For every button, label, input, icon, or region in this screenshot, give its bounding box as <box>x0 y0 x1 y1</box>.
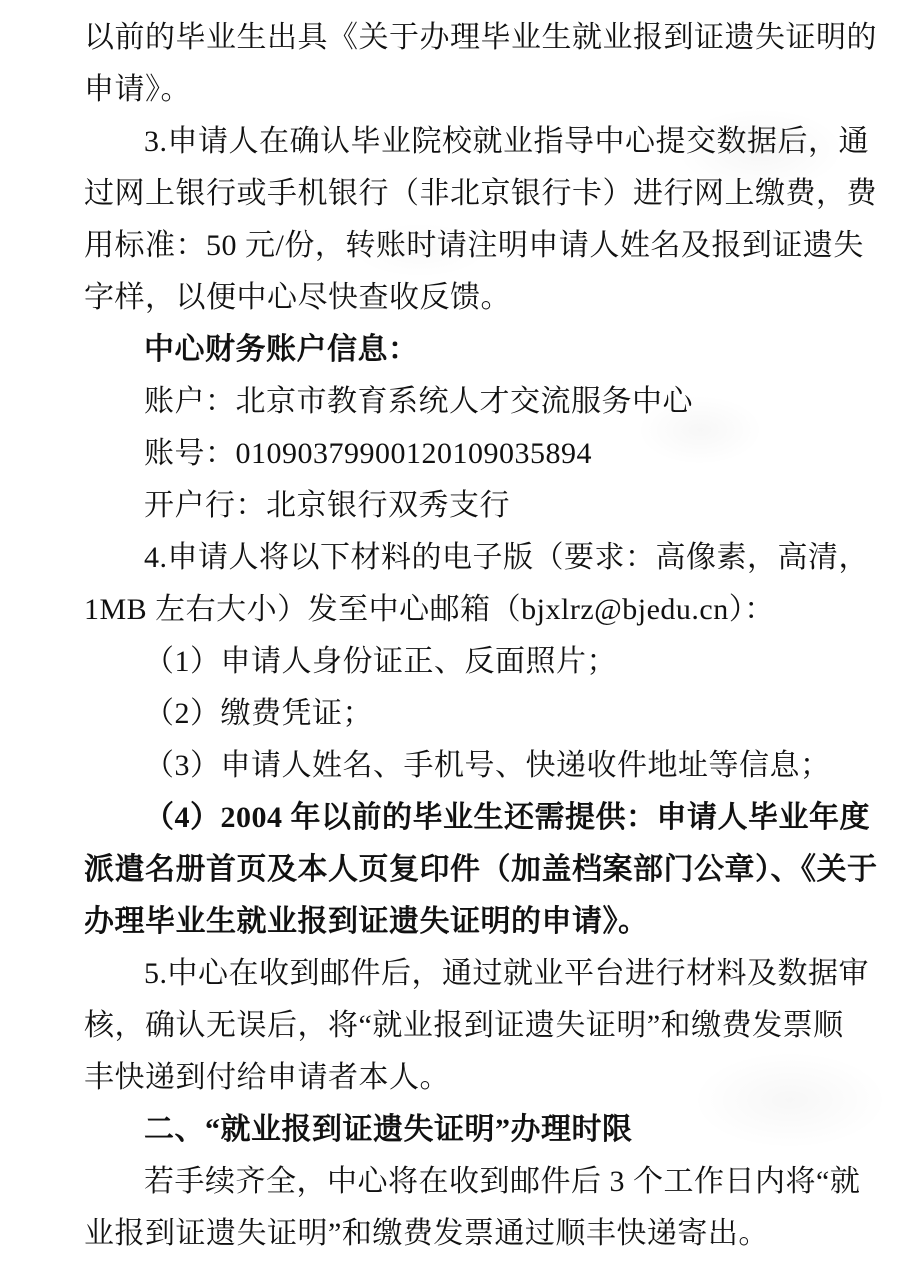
text-line: （3）申请人姓名、手机号、快递收件地址等信息； <box>84 740 846 792</box>
text-line: 以前的毕业生出具《关于办理毕业生就业报到证遗失证明的 <box>84 12 846 64</box>
document-lines: 以前的毕业生出具《关于办理毕业生就业报到证遗失证明的申请》。3.申请人在确认毕业… <box>84 12 846 1260</box>
text-line: 中心财务账户信息： <box>84 324 846 376</box>
text-line: 4.申请人将以下材料的电子版（要求：高像素，高清， <box>84 532 846 584</box>
text-line: 用标准：50 元/份，转账时请注明申请人姓名及报到证遗失 <box>84 220 846 272</box>
text-line: 账号：01090379900120109035894 <box>84 428 846 480</box>
text-line: 开户行：北京银行双秀支行 <box>84 480 846 532</box>
text-line: （2）缴费凭证； <box>84 688 846 740</box>
text-line: 5.中心在收到邮件后，通过就业平台进行材料及数据审 <box>84 948 846 1000</box>
text-line: 字样，以便中心尽快查收反馈。 <box>84 272 846 324</box>
text-line: 1MB 左右大小）发至中心邮箱（bjxlrz@bjedu.cn）： <box>84 584 846 636</box>
text-line: 3.申请人在确认毕业院校就业指导中心提交数据后，通 <box>84 116 846 168</box>
text-line: （4）2004 年以前的毕业生还需提供：申请人毕业年度 <box>84 792 846 844</box>
text-line: 过网上银行或手机银行（非北京银行卡）进行网上缴费，费 <box>84 168 846 220</box>
text-line: 申请》。 <box>84 64 846 116</box>
text-line: 核，确认无误后，将“就业报到证遗失证明”和缴费发票顺 <box>84 1000 846 1052</box>
text-line: 派遣名册首页及本人页复印件（加盖档案部门公章）、《关于 <box>84 844 846 896</box>
text-line: 丰快递到付给申请者本人。 <box>84 1052 846 1104</box>
text-line: （1）申请人身份证正、反面照片； <box>84 636 846 688</box>
text-line: 账户：北京市教育系统人才交流服务中心 <box>84 376 846 428</box>
text-line: 若手续齐全，中心将在收到邮件后 3 个工作日内将“就 <box>84 1156 846 1208</box>
text-line: 二、“就业报到证遗失证明”办理时限 <box>84 1104 846 1156</box>
text-line: 办理毕业生就业报到证遗失证明的申请》。 <box>84 896 846 948</box>
document-page: 以前的毕业生出具《关于办理毕业生就业报到证遗失证明的申请》。3.申请人在确认毕业… <box>0 0 900 1271</box>
text-line: 业报到证遗失证明”和缴费发票通过顺丰快递寄出。 <box>84 1208 846 1260</box>
